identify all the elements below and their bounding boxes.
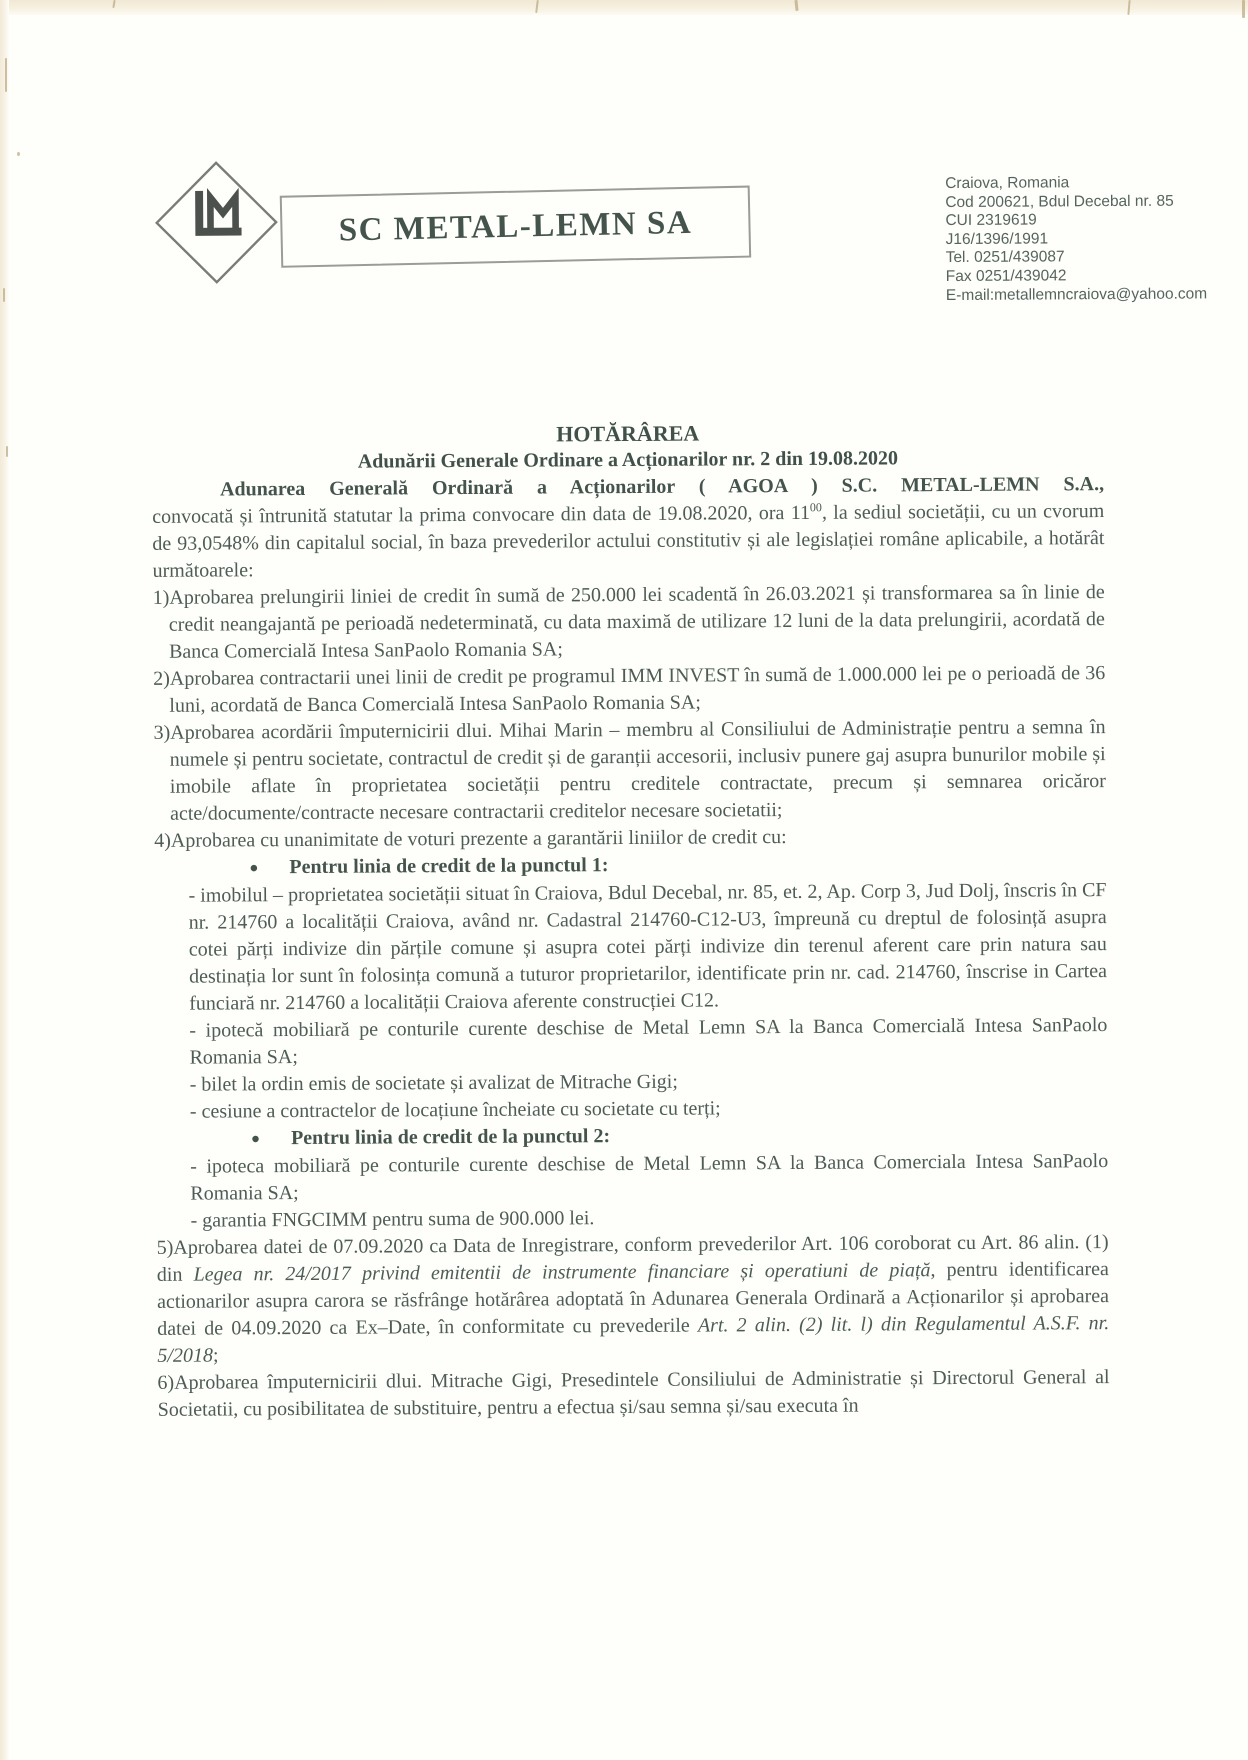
document-page: SC METAL-LEMN SA Craiova, Romania Cod 20… [150, 147, 1110, 1424]
scan-edge-top [0, 0, 1248, 15]
resolution-item-6: 6)Aprobarea împuternicirii dlui. Mitrach… [157, 1364, 1109, 1424]
scan-artifact [1242, 0, 1245, 18]
guarantee-item-accounts-2: - ipoteca mobiliară pe conturile curente… [190, 1148, 1108, 1208]
guarantee-item-accounts-1: - ipotecă mobiliară pe conturile curente… [189, 1012, 1107, 1072]
company-name-box: SC METAL-LEMN SA [280, 186, 751, 268]
lm-logo-icon [150, 156, 283, 289]
bullet-1-label: Pentru linia de credit de la punctul 1: [289, 854, 608, 878]
intro-hour-superscript: 00 [810, 500, 822, 514]
contact-info: Craiova, Romania Cod 200621, Bdul Deceba… [945, 173, 1248, 305]
intro-text-1: convocată și întrunită statutar la prima… [152, 502, 810, 528]
contact-line-address: Cod 200621, Bdul Decebal nr. 85 [945, 192, 1248, 213]
contact-line-city: Craiova, Romania [945, 173, 1248, 194]
company-name: SC METAL-LEMN SA [338, 209, 692, 244]
contact-line-tel: Tel. 0251/439087 [946, 247, 1248, 268]
item5-law-reference: Legea nr. 24/2017 privind emitentii de i… [194, 1259, 931, 1286]
item5-text-3: ; [213, 1345, 219, 1367]
scan-edge-left [0, 0, 9, 1760]
bullet-icon: ● [249, 855, 289, 882]
resolution-item-2: 2)Aprobarea contractarii unei linii de c… [153, 660, 1105, 720]
letterhead: SC METAL-LEMN SA Craiova, Romania Cod 20… [150, 147, 1104, 423]
scan-artifact [3, 288, 5, 302]
resolution-item-5: 5)Aprobarea datei de 07.09.2020 ca Data … [157, 1229, 1110, 1370]
guarantee-item-property: - imobilul – proprietatea societății sit… [188, 877, 1107, 1018]
company-logo [150, 156, 283, 289]
bullet-2-label: Pentru linia de credit de la punctul 2: [291, 1125, 610, 1149]
scan-artifact [112, 0, 115, 8]
scan-artifact [5, 58, 7, 92]
contact-line-cui: CUI 2319619 [945, 210, 1248, 231]
scan-artifact [6, 446, 8, 457]
intro-paragraph: convocată și întrunită statutar la prima… [152, 498, 1104, 585]
scan-artifact [17, 152, 20, 156]
scan-artifact [535, 0, 539, 13]
scan-artifact [794, 0, 798, 11]
contact-line-fax: Fax 0251/439042 [946, 266, 1248, 287]
scan-artifact [1127, 0, 1130, 15]
bullet-icon: ● [251, 1126, 291, 1153]
resolution-item-3: 3)Aprobarea acordării împuternicirii dlu… [153, 714, 1106, 828]
resolution-item-1: 1)Aprobarea prelungirii liniei de credit… [153, 579, 1105, 666]
contact-line-registry: J16/1396/1991 [945, 229, 1248, 250]
contact-line-email: E-mail:metallemncraiova@yahoo.com [946, 285, 1248, 306]
